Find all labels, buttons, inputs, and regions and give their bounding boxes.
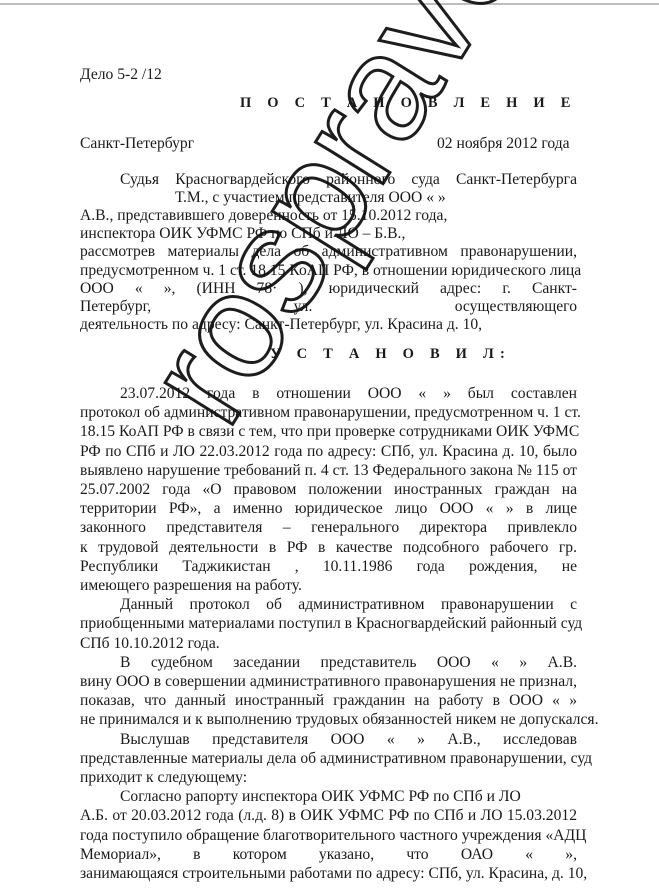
intro-line: предусмотренном ч. 1 ст. 18.15 КоАП РФ, … — [80, 262, 577, 280]
document-date: 02 ноября 2012 года — [437, 135, 570, 153]
body-line: приходит к следующему: — [80, 769, 247, 787]
document-title: П О С Т А Н О В Л Е Н И Е — [240, 95, 577, 112]
body-line: выявлено нарушение требований п. 4 ст. 1… — [80, 462, 577, 480]
scan-edge-line — [0, 3, 659, 5]
body-line: вину ООО в совершении административного … — [80, 673, 577, 691]
intro-line: ООО « », (ИНН 78· ), юридический адрес: … — [80, 280, 577, 298]
intro-line: Судья Красногвардейского районного суда … — [120, 171, 577, 189]
body-line: представленные материалы дела об админис… — [80, 750, 577, 768]
intro-line: деятельность по адресу: Санкт-Петербург,… — [80, 316, 482, 334]
body-line: 23.07.2012 года в отношении ООО « » был … — [120, 385, 577, 403]
body-line: не принимался и к выполнению трудовых об… — [80, 711, 577, 729]
body-line: РФ по СПб и ЛО 22.03.2012 года по адресу… — [80, 443, 577, 461]
body-line: территории РФ», а именно юридическое лиц… — [80, 500, 577, 518]
intro-line: инспектора ОИК УФМС РФ по СПб и ЛО – Б.В… — [80, 225, 405, 243]
body-line: Данный протокол об административном прав… — [120, 596, 577, 614]
body-line: протокол об административном правонаруше… — [80, 404, 577, 422]
intro-line: рассмотрев материалы дела об администрат… — [80, 243, 577, 261]
body-line: показав, что данный иностранный граждани… — [80, 692, 577, 710]
section-title-established: У С Т А Н О В И Л: — [270, 346, 511, 363]
body-line: года поступило обращение благотворительн… — [80, 827, 577, 845]
city: Санкт-Петербург — [80, 135, 194, 153]
body-line: приобщенными материалами поступил в Крас… — [80, 615, 577, 633]
body-line: к трудовой деятельности в РФ в качестве … — [80, 539, 577, 557]
intro-line: Петербург, ул. осуществляющего — [80, 298, 577, 316]
body-line: Согласно рапорту инспектора ОИК УФМС РФ … — [120, 788, 521, 806]
body-line: Республики Таджикистан , 10.11.1986 года… — [80, 558, 577, 576]
body-line: 18.15 КоАП РФ в связи с тем, что при про… — [80, 423, 577, 441]
intro-line: Т.М., с участием представителя ООО « » — [175, 189, 446, 207]
body-line: занимающаяся строительными работами по а… — [80, 865, 577, 883]
case-number: Дело 5-2 /12 — [80, 66, 162, 84]
body-line: А.Б. от 20.03.2012 года (л.д. 8) в ОИК У… — [80, 807, 577, 825]
body-line: имеющего разрешения на работу. — [80, 577, 302, 595]
body-line: 25.07.2002 года «О правовом положении ин… — [80, 481, 577, 499]
body-line: СПб 10.10.2012 года. — [80, 635, 220, 653]
body-line: В судебном заседании представитель ООО «… — [120, 654, 577, 672]
body-line: Мемориал», в котором указано, что ОАО « … — [80, 846, 577, 864]
body-line: законного представителя – генерального д… — [80, 519, 577, 537]
body-line: Выслушав представителя ООО « » А.В., исс… — [120, 731, 577, 749]
intro-line: А.В., представившего доверенность от 15.… — [80, 207, 447, 225]
